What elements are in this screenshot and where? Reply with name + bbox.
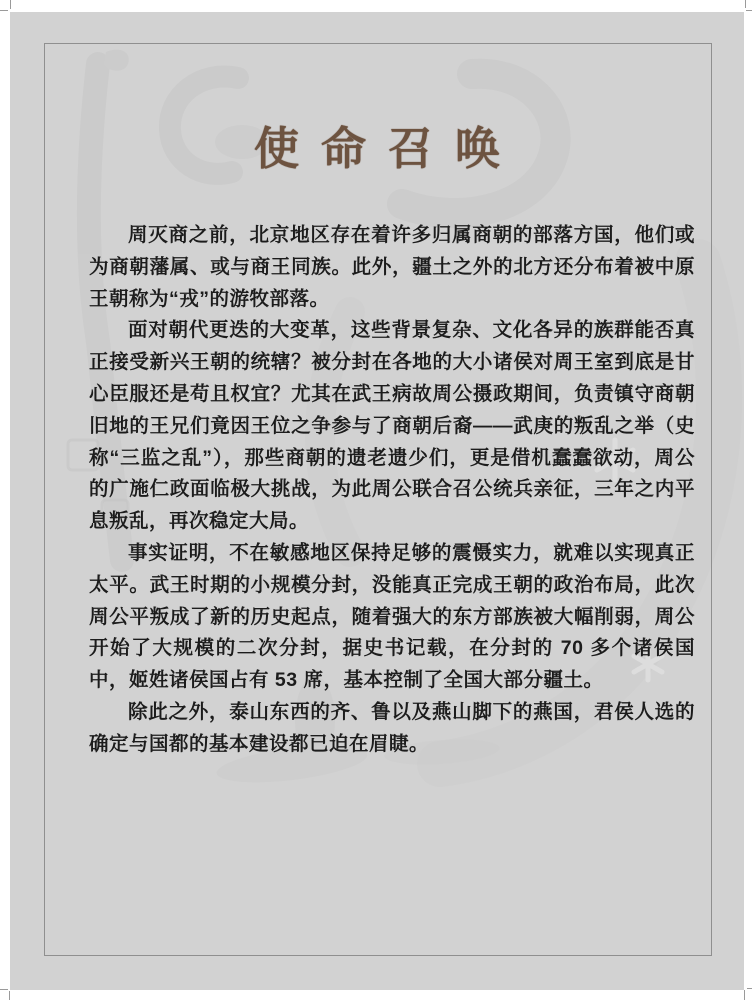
page-background: 使命召唤 周灭商之前，北京地区存在着许多归属商朝的部落方国，他们或为商朝藩属、或…: [10, 12, 744, 990]
paragraph-3: 事实证明，不在敏感地区保持足够的震慑实力，就难以实现真正太平。武王时期的小规模分…: [89, 538, 695, 697]
paragraph-2: 面对朝代更迭的大变革，这些背景复杂、文化各异的族群能否真正接受新兴王朝的统辖？被…: [89, 315, 695, 538]
crop-mark: [0, 10, 8, 11]
crop-mark: [747, 988, 752, 989]
paragraph-4: 除此之外，泰山东西的齐、鲁以及燕山脚下的燕国，君侯人选的确定与国都的基本建设都已…: [89, 697, 695, 761]
book-page-canvas: 使命召唤 周灭商之前，北京地区存在着许多归属商朝的部落方国，他们或为商朝藩属、或…: [0, 0, 752, 1000]
crop-mark: [745, 0, 746, 8]
crop-mark: [0, 989, 8, 990]
body-text-block: 周灭商之前，北京地区存在着许多归属商朝的部落方国，他们或为商朝藩属、或与商王同族…: [89, 220, 695, 761]
crop-mark: [744, 990, 745, 1000]
crop-mark: [10, 0, 11, 9]
chapter-title: 使命召唤: [10, 124, 744, 174]
crop-mark: [746, 10, 752, 11]
crop-mark: [9, 991, 10, 1000]
paragraph-1: 周灭商之前，北京地区存在着许多归属商朝的部落方国，他们或为商朝藩属、或与商王同族…: [89, 220, 695, 315]
